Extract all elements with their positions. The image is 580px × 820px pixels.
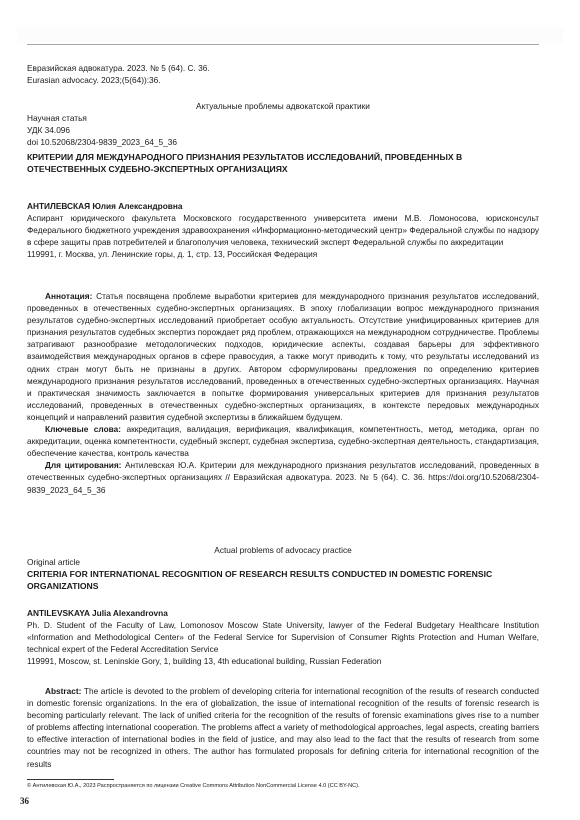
author-name-en: ANTILEVSKAYA Julia Alexandrovna bbox=[27, 607, 539, 619]
section-heading-en: Actual problems of advocacy practice bbox=[27, 544, 539, 556]
author-block-en: ANTILEVSKAYA Julia Alexandrovna Ph. D. S… bbox=[27, 607, 539, 667]
udk: УДК 34.096 bbox=[27, 124, 177, 136]
journal-reference-ru: Евразийская адвокатура. 2023. № 5 (64). … bbox=[27, 62, 210, 74]
author-name-ru: АНТИЛЕВСКАЯ Юлия Александровна bbox=[27, 200, 539, 212]
abstract-text-en: The article is devoted to the problem of… bbox=[27, 686, 539, 769]
abstract-text-ru: Статья посвящена проблеме выработки крит… bbox=[27, 291, 539, 422]
author-surname-en: ANTILEVSKAYA bbox=[27, 608, 90, 618]
keywords-ru: Ключевые слова: аккредитация, валидация,… bbox=[27, 423, 539, 459]
keywords-label-ru: Ключевые слова: bbox=[45, 424, 121, 434]
article-meta-en: Original article CRITERIA FOR INTERNATIO… bbox=[27, 556, 539, 593]
author-address-en: 119991, Moscow, st. Leninskie Gory, 1, b… bbox=[27, 655, 539, 667]
page-number: 36 bbox=[20, 796, 29, 806]
article-type-en: Original article bbox=[27, 556, 539, 568]
abstract-label-en: Abstract: bbox=[45, 686, 81, 696]
citation-ru: Для цитирования: Антилевская Ю.А. Критер… bbox=[27, 459, 539, 495]
author-given-name-en: Julia Alexandrovna bbox=[92, 608, 168, 618]
section-heading-ru: Актуальные проблемы адвокатской практики bbox=[27, 100, 539, 112]
author-given-name-ru: Юлия Александровна bbox=[92, 201, 182, 211]
abstract-ru: Аннотация: Статья посвящена проблеме выр… bbox=[27, 290, 539, 423]
citation-label-ru: Для цитирования: bbox=[45, 460, 121, 470]
author-address-ru: 119991, г. Москва, ул. Ленинские горы, д… bbox=[27, 248, 539, 260]
article-title-en: CRITERIA FOR INTERNATIONAL RECOGNITION O… bbox=[27, 568, 539, 592]
license-footnote: © Антилевская Ю.А., 2023 Распространяетс… bbox=[27, 782, 360, 790]
journal-reference: Евразийская адвокатура. 2023. № 5 (64). … bbox=[27, 62, 210, 86]
journal-reference-en: Eurasian advocacy. 2023;(5(64)):36. bbox=[27, 74, 210, 86]
author-affiliation-ru: Аспирант юридического факультета Московс… bbox=[27, 212, 539, 248]
footnote-rule bbox=[27, 779, 114, 780]
abstract-en: Abstract: The article is devoted to the … bbox=[27, 685, 539, 770]
author-affiliation-en: Ph. D. Student of the Faculty of Law, Lo… bbox=[27, 619, 539, 655]
article-meta-ru: Научная статья УДК 34.096 doi 10.52068/2… bbox=[27, 112, 177, 148]
abstract-block-en: Abstract: The article is devoted to the … bbox=[27, 685, 539, 770]
author-block-ru: АНТИЛЕВСКАЯ Юлия Александровна Аспирант … bbox=[27, 200, 539, 260]
doi[interactable]: doi 10.52068/2304-9839_2023_64_5_36 bbox=[27, 136, 177, 148]
header-band bbox=[17, 27, 563, 43]
author-surname-ru: АНТИЛЕВСКАЯ bbox=[27, 201, 90, 211]
abstract-block-ru: Аннотация: Статья посвящена проблеме выр… bbox=[27, 290, 539, 496]
abstract-label-ru: Аннотация: bbox=[45, 291, 92, 301]
article-type-ru: Научная статья bbox=[27, 112, 177, 124]
article-title-ru: КРИТЕРИИ ДЛЯ МЕЖДУНАРОДНОГО ПРИЗНАНИЯ РЕ… bbox=[27, 151, 539, 175]
header-rule bbox=[27, 44, 539, 45]
